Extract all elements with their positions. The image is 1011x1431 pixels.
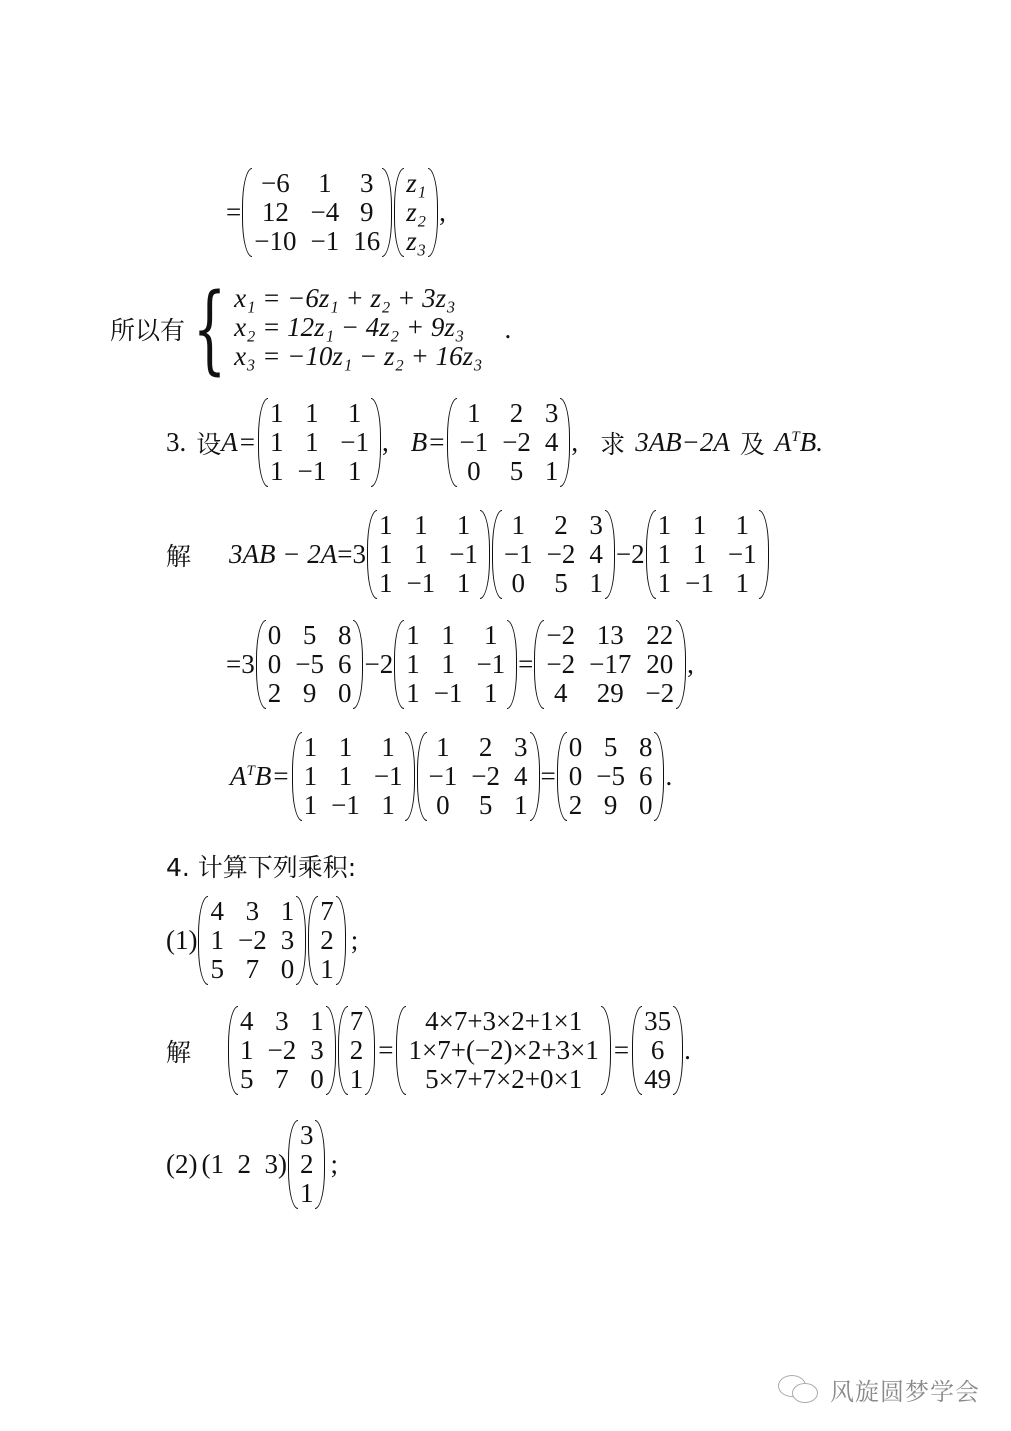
matrix-cell: 1 [340, 399, 369, 428]
solution-3-step-2: =3 0580−56290 −2 11111−11−11 = −21322−2−… [226, 620, 694, 709]
comma: , [571, 427, 578, 458]
matrix-cell: −1 [374, 762, 403, 791]
matrix-grid: 11111−11−11 [656, 510, 759, 599]
matrix-cell: 0 [338, 679, 352, 708]
matrix-cell: 7 [350, 1007, 364, 1036]
matrix-cell: 1 [379, 540, 393, 569]
left-paren-icon [242, 168, 252, 257]
matrix-cell: −2 [546, 621, 575, 650]
matrix-cell: 1 [374, 791, 403, 820]
matrix-b: 123−1−24051 [447, 398, 570, 487]
matrix-cell: 3 [353, 169, 380, 198]
equals-sign: = [541, 761, 556, 792]
problem-4-heading: 4. 计算下列乘积: [166, 848, 356, 884]
matrix-cell: 0 [639, 791, 653, 820]
matrix-grid: −21322−2−1720429−2 [544, 620, 676, 709]
right-paren-icon [405, 732, 415, 821]
matrix-cell: 5 [547, 569, 576, 598]
matrix-cell: 9 [353, 198, 380, 227]
matrix-cell: 1 [685, 511, 714, 540]
matrix-cell: 5 [471, 791, 500, 820]
left-paren-icon [557, 732, 567, 821]
matrix-cell: 12 [254, 198, 296, 227]
left-paren-icon [417, 732, 427, 821]
part-label: (1) [166, 925, 197, 956]
matrix-cell: 1 [270, 457, 284, 486]
matrix-grid: 11111−11−11 [377, 510, 480, 599]
period: . [665, 761, 672, 792]
matrix-cell: 4 [210, 897, 224, 926]
matrix-grid: 11111−11−11 [268, 398, 371, 487]
matrix-cell: 1 [685, 540, 714, 569]
matrix-cell: 5×7+7×2+0×1 [408, 1065, 598, 1094]
matrix-cell: −1 [449, 540, 478, 569]
result-matrix: −21322−2−1720429−2 [534, 620, 686, 709]
matrix-cell: 3 [514, 733, 528, 762]
matrix-cell: 1 [304, 762, 318, 791]
matrix-a: 11111−11−11 [646, 510, 769, 599]
matrix-cell: 4 [546, 679, 575, 708]
problem-4-title: 4. 计算下列乘积: [166, 848, 356, 884]
matrix-cell: −17 [589, 650, 631, 679]
matrix-cell: 1 [298, 399, 327, 428]
left-paren-icon [338, 1006, 348, 1095]
vector-v: 721 [338, 1006, 376, 1095]
right-paren-icon [326, 1006, 336, 1095]
problem-number: 3. [166, 427, 186, 458]
expression-3ab-2a: 3AB−2A [635, 427, 730, 458]
matrix-cell: 49 [644, 1065, 671, 1094]
matrix-cell: 22 [645, 621, 674, 650]
matrix-cell: 3 [300, 1121, 314, 1150]
matrix-cell: 1 [434, 650, 463, 679]
matrix-cell: 4 [545, 428, 559, 457]
right-paren-icon [530, 732, 540, 821]
matrix-cell: 5 [210, 955, 224, 984]
matrix-cell: 1 [320, 955, 334, 984]
matrix-cell: 1 [449, 511, 478, 540]
matrix-grid: 123−1−24051 [502, 510, 605, 599]
matrix-cell: 9 [295, 679, 324, 708]
left-paren-icon [394, 168, 404, 257]
matrix-cell: 29 [589, 679, 631, 708]
matrix-grid: 35649 [642, 1006, 673, 1095]
matrix-cell: 1 [658, 569, 672, 598]
matrix-cell: 2 [547, 511, 576, 540]
matrix-cell: −1 [459, 428, 488, 457]
matrix-cell: z₃ [406, 227, 426, 256]
matrix-cell: 0 [569, 762, 583, 791]
expanded-product: 4×7+3×2+1×11×7+(−2)×2+3×15×7+7×2+0×1 [396, 1006, 610, 1095]
matrix-b: 123−1−24051 [492, 510, 615, 599]
equals-sign: = [376, 1035, 395, 1066]
left-brace-icon: { [193, 284, 227, 374]
solution-4-part-1: 解 4311−23570 721 = 4×7+3×2+1×11×7+(−2)×2… [166, 1006, 691, 1095]
matrix-cell: 0 [268, 650, 282, 679]
watermark-text: 风旋圆梦学会 [830, 1372, 980, 1407]
system-block: { x₁ = −6z₁ + z₂ + 3z₃ x₂ = 12z₁ − 4z₂ +… [189, 284, 483, 374]
matrix-grid: 4×7+3×2+1×11×7+(−2)×2+3×15×7+7×2+0×1 [406, 1006, 600, 1095]
matrix-cell: 1 [379, 511, 393, 540]
matrix-grid: 321 [298, 1120, 316, 1209]
matrix-cell: 1 [270, 428, 284, 457]
left-paren-icon [256, 620, 266, 709]
matrix-grid: 4311−23570 [238, 1006, 326, 1095]
eq-continuation: = −61312−49−10−116 z₁z₂z₃ , [226, 168, 446, 257]
right-paren-icon [759, 510, 769, 599]
matrix-cell: 4 [240, 1007, 254, 1036]
right-paren-icon [560, 398, 570, 487]
matrix-cell: 7 [238, 955, 267, 984]
left-paren-icon [258, 398, 268, 487]
equals-sign: = [612, 1035, 631, 1066]
matrix-cell: 2 [350, 1036, 364, 1065]
matrix-cell: 1 [449, 569, 478, 598]
system-label: 所以有 [110, 311, 185, 347]
matrix-cell: 4 [589, 540, 603, 569]
right-paren-icon [507, 620, 517, 709]
matrix-a-label: A [221, 427, 238, 458]
matrix-cell: 13 [589, 621, 631, 650]
matrix-cell: 1 [310, 169, 339, 198]
matrix-cell: 1 [429, 733, 458, 762]
system-line-2: x₂ = 12z₁ − 4z₂ + 9z₃ [234, 313, 482, 342]
matrix-cell: 1 [304, 733, 318, 762]
matrix-cell: 0 [504, 569, 533, 598]
matrix-cell: 1 [210, 926, 224, 955]
part-label: (2) [166, 1149, 197, 1180]
wechat-icon [778, 1375, 822, 1405]
matrix-cell: −1 [406, 569, 435, 598]
matrix-cell: z₁ [406, 169, 426, 198]
matrix-cell: 1 [406, 621, 420, 650]
matrix-cell: 20 [645, 650, 674, 679]
matrix-cell: 1 [298, 428, 327, 457]
matrix-cell: −1 [504, 540, 533, 569]
atb-lhs: ATB [230, 761, 271, 792]
matrix-grid: 11111−11−11 [302, 732, 405, 821]
comma: , [439, 197, 446, 228]
comma: , [382, 427, 389, 458]
coefficient-matrix: −61312−49−10−116 [242, 168, 392, 257]
left-paren-icon [228, 1006, 238, 1095]
matrix-cell: z₂ [406, 198, 426, 227]
matrix-cell: −1 [340, 428, 369, 457]
matrix-cell: 1 [310, 1007, 324, 1036]
equals-sign: = [271, 761, 290, 792]
right-paren-icon [428, 168, 438, 257]
matrix-a: 11111−11−11 [367, 510, 490, 599]
matrix-cell: 3 [310, 1036, 324, 1065]
matrix-grid: −61312−49−10−116 [252, 168, 382, 257]
solution-label: 解 [166, 1033, 191, 1069]
right-paren-icon [382, 168, 392, 257]
matrix-cell: 0 [429, 791, 458, 820]
matrix-cell: 1 [374, 733, 403, 762]
set-label: 设 [196, 425, 221, 461]
equals-sign: = [518, 649, 533, 680]
matrix-grid: 721 [348, 1006, 366, 1095]
matrix-a: 11111−11−11 [258, 398, 381, 487]
period: . [684, 1035, 691, 1066]
matrix-m: 4311−23570 [198, 896, 306, 985]
matrix-cell: 5 [295, 621, 324, 650]
left-paren-icon [632, 1006, 642, 1095]
matrix-cell: −5 [596, 762, 625, 791]
matrix-b-label: B [411, 427, 428, 458]
matrix-cell: 5 [502, 457, 531, 486]
matrix-cell: 6 [639, 762, 653, 791]
matrix-cell: 1 [589, 569, 603, 598]
matrix-cell: 7 [320, 897, 334, 926]
left-paren-icon [646, 510, 656, 599]
period: . [505, 314, 512, 345]
matrix-cell: −2 [268, 1036, 297, 1065]
matrix-cell: −1 [298, 457, 327, 486]
right-paren-icon [601, 1006, 611, 1095]
problem-4-part-2: (2) (1 2 3) 321 ; [166, 1120, 338, 1209]
matrix-cell: −1 [476, 650, 505, 679]
left-paren-icon [198, 896, 208, 985]
matrix-grid: 0580−56290 [567, 732, 655, 821]
matrix-grid: 123−1−24051 [457, 398, 560, 487]
matrix-cell: 1 [406, 650, 420, 679]
column-vector: 321 [288, 1120, 326, 1209]
right-paren-icon [605, 510, 615, 599]
right-paren-icon [365, 1006, 375, 1095]
right-paren-icon [353, 620, 363, 709]
matrix-cell: −6 [254, 169, 296, 198]
equals-sign: = [226, 197, 241, 228]
matrix-cell: 2 [569, 791, 583, 820]
matrix-cell: 9 [596, 791, 625, 820]
watermark: 风旋圆梦学会 [778, 1372, 980, 1407]
semicolon: ; [351, 925, 359, 956]
matrix-a-transpose: 11111−11−11 [292, 732, 415, 821]
matrix-cell: −1 [728, 540, 757, 569]
matrix-grid: 123−1−24051 [427, 732, 530, 821]
matrix-m: 4311−23570 [228, 1006, 336, 1095]
left-paren-icon [394, 620, 404, 709]
coefficient-3: =3 [337, 539, 366, 570]
matrix-cell: 1 [379, 569, 393, 598]
matrix-cell: 6 [644, 1036, 671, 1065]
right-paren-icon [336, 896, 346, 985]
matrix-cell: 1 [331, 733, 360, 762]
matrix-cell: 2 [320, 926, 334, 955]
matrix-cell: 1 [406, 511, 435, 540]
minus-2: −2 [616, 539, 645, 570]
matrix-cell: 0 [569, 733, 583, 762]
matrix-cell: 2 [300, 1150, 314, 1179]
matrix-cell: 2 [268, 679, 282, 708]
expression-atb: ATB. [775, 427, 823, 458]
result-vector: 35649 [632, 1006, 683, 1095]
right-paren-icon [296, 896, 306, 985]
matrix-cell: 16 [353, 227, 380, 256]
left-paren-icon [292, 732, 302, 821]
matrix-cell: −5 [295, 650, 324, 679]
solution-lhs: 3AB − 2A [229, 539, 337, 570]
matrix-a: 11111−11−11 [394, 620, 517, 709]
matrix-cell: 1 [658, 511, 672, 540]
coefficient-3: =3 [226, 649, 255, 680]
matrix-cell: 1 [728, 511, 757, 540]
matrix-cell: 1 [545, 457, 559, 486]
matrix-cell: −1 [429, 762, 458, 791]
solution-3-step-1: 解 3AB − 2A =3 11111−11−11 123−1−24051 −2… [166, 510, 770, 599]
solution-3-atb: ATB = 11111−11−11 123−1−24051 = 0580−562… [230, 732, 672, 821]
row-vector: (1 2 3) [201, 1149, 286, 1180]
left-paren-icon [308, 896, 318, 985]
matrix-cell: 4×7+3×2+1×1 [408, 1007, 598, 1036]
right-paren-icon [371, 398, 381, 487]
matrix-cell: −1 [434, 679, 463, 708]
equals-sign: = [238, 427, 257, 458]
matrix-cell: −1 [310, 227, 339, 256]
vector-v: 721 [308, 896, 346, 985]
and-label: 及 [740, 425, 765, 461]
matrix-cell: 1 [658, 540, 672, 569]
comma: , [687, 649, 694, 680]
solution-label: 解 [166, 537, 191, 573]
equation-system: 所以有 { x₁ = −6z₁ + z₂ + 3z₃ x₂ = 12z₁ − 4… [110, 284, 511, 374]
matrix-cell: 2 [502, 399, 531, 428]
right-paren-icon [673, 1006, 683, 1095]
matrix-cell: 1 [270, 399, 284, 428]
matrix-cell: 1 [331, 762, 360, 791]
right-paren-icon [654, 732, 664, 821]
system-line-1: x₁ = −6z₁ + z₂ + 3z₃ [234, 284, 482, 313]
matrix-cell: 7 [268, 1065, 297, 1094]
left-paren-icon [367, 510, 377, 599]
matrix-cell: 1 [304, 791, 318, 820]
matrix-cell: 3 [238, 897, 267, 926]
matrix-cell: −2 [502, 428, 531, 457]
matrix-cell: 1×7+(−2)×2+3×1 [408, 1036, 598, 1065]
system-lines: x₁ = −6z₁ + z₂ + 3z₃ x₂ = 12z₁ − 4z₂ + 9… [234, 284, 482, 374]
left-paren-icon [396, 1006, 406, 1095]
matrix-cell: 0 [281, 955, 295, 984]
matrix-cell: 4 [514, 762, 528, 791]
matrix-grid: 721 [318, 896, 336, 985]
matrix-cell: 1 [340, 457, 369, 486]
matrix-cell: −1 [331, 791, 360, 820]
matrix-cell: 0 [268, 621, 282, 650]
matrix-cell: 6 [338, 650, 352, 679]
system-line-3: x₃ = −10z₁ − z₂ + 16z₃ [234, 342, 482, 371]
semicolon: ; [330, 1149, 338, 1180]
left-paren-icon [492, 510, 502, 599]
matrix-cell: 8 [639, 733, 653, 762]
matrix-cell: 5 [596, 733, 625, 762]
left-paren-icon [288, 1120, 298, 1209]
matrix-cell: −4 [310, 198, 339, 227]
matrix-grid: 0580−56290 [266, 620, 354, 709]
matrix-cell: −2 [546, 650, 575, 679]
matrix-cell: 3 [281, 926, 295, 955]
matrix-cell: 1 [728, 569, 757, 598]
matrix-cell: 1 [476, 679, 505, 708]
problem-3: 3. 设 A = 11111−11−11 , B = 123−1−24051 ,… [166, 398, 823, 487]
matrix-grid: 11111−11−11 [404, 620, 507, 709]
minus-2: −2 [364, 649, 393, 680]
matrix-cell: 5 [240, 1065, 254, 1094]
right-paren-icon [676, 620, 686, 709]
right-paren-icon [480, 510, 490, 599]
equals-sign: = [427, 427, 446, 458]
z-vector: z₁z₂z₃ [394, 168, 438, 257]
matrix-cell: 1 [504, 511, 533, 540]
matrix-cell: 35 [644, 1007, 671, 1036]
matrix-grid: 4311−23570 [208, 896, 296, 985]
matrix-cell: 0 [310, 1065, 324, 1094]
matrix-ab: 0580−56290 [256, 620, 364, 709]
matrix-cell: 1 [434, 621, 463, 650]
matrix-cell: −1 [685, 569, 714, 598]
matrix-cell: −2 [238, 926, 267, 955]
matrix-grid: z₁z₂z₃ [404, 168, 428, 257]
matrix-cell: 1 [240, 1036, 254, 1065]
matrix-cell: −2 [471, 762, 500, 791]
result-matrix: 0580−56290 [557, 732, 665, 821]
matrix-cell: 8 [338, 621, 352, 650]
matrix-cell: 1 [300, 1179, 314, 1208]
matrix-cell: 1 [459, 399, 488, 428]
matrix-cell: 2 [471, 733, 500, 762]
matrix-cell: 1 [514, 791, 528, 820]
left-paren-icon [534, 620, 544, 709]
matrix-cell: 3 [268, 1007, 297, 1036]
matrix-cell: −2 [645, 679, 674, 708]
matrix-cell: 1 [350, 1065, 364, 1094]
matrix-cell: 3 [545, 399, 559, 428]
matrix-cell: 1 [281, 897, 295, 926]
matrix-cell: −2 [547, 540, 576, 569]
matrix-b: 123−1−24051 [417, 732, 540, 821]
ask-label: 求 [600, 425, 625, 461]
matrix-cell: 3 [589, 511, 603, 540]
right-paren-icon [315, 1120, 325, 1209]
matrix-cell: 1 [406, 540, 435, 569]
matrix-cell: 1 [406, 679, 420, 708]
problem-4-part-1: (1) 4311−23570 721 ; [166, 896, 358, 985]
matrix-cell: 0 [459, 457, 488, 486]
matrix-cell: −10 [254, 227, 296, 256]
matrix-cell: 1 [476, 621, 505, 650]
left-paren-icon [447, 398, 457, 487]
